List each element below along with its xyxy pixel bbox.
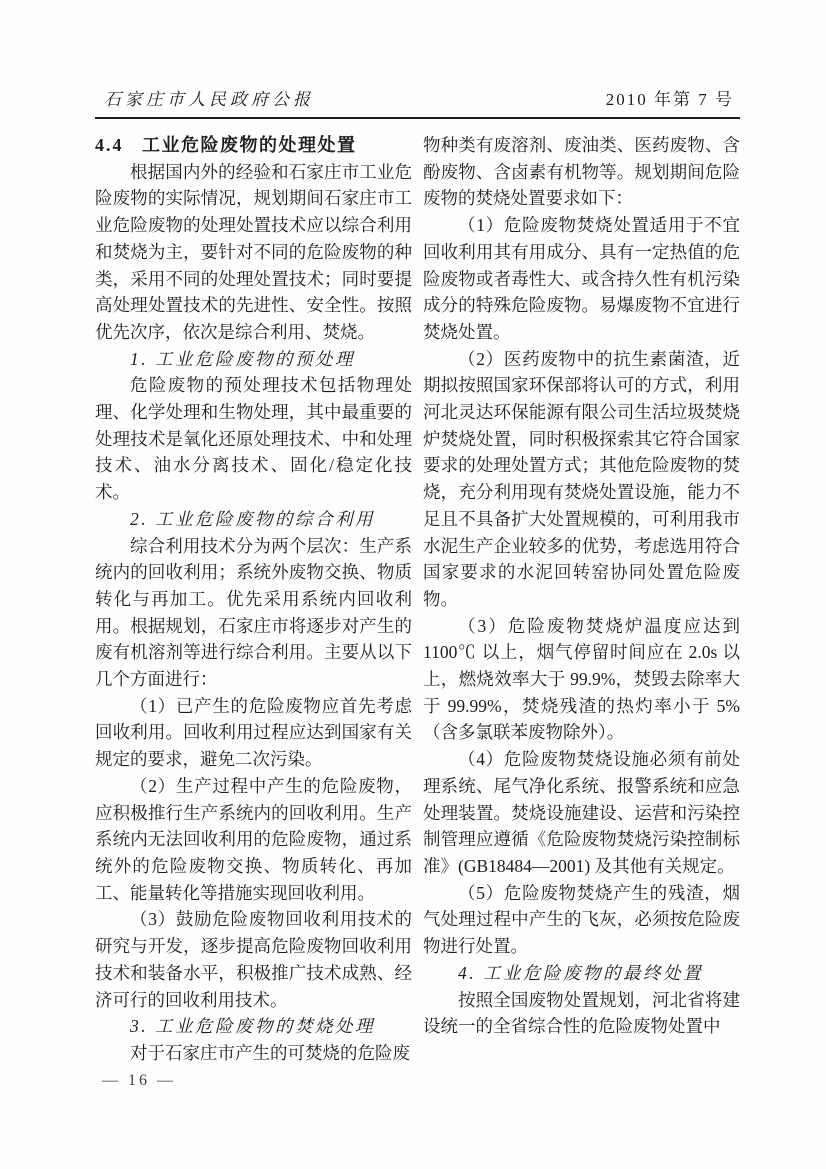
section-number: 4.4 <box>95 135 124 155</box>
left-column: 4.4 工业危险废物的处理处置 根据国内外的经验和石家庄市工业危险废物的实际情况… <box>95 132 412 1067</box>
list-item-paragraph: （2）生产过程中产生的危险废物，应积极推行生产系统内的回收利用。生产系统内无法回… <box>95 773 412 907</box>
paragraph-continuation: 物种类有废溶剂、废油类、医药废物、含酚废物、含卤素有机物等。规划期间危险废物的焚… <box>423 132 740 212</box>
list-item-paragraph: （1）危险废物焚烧处置适用于不宜回收利用其有用成分、具有一定热值的危险废物或者毒… <box>423 212 740 346</box>
page-footer: — 16 — <box>95 1072 740 1090</box>
list-item-paragraph: （4）危险废物焚烧设施必须有前处理系统、尾气净化系统、报警系统和应急处理装置。焚… <box>423 746 740 880</box>
issue-number: 2010 年第 7 号 <box>606 90 740 110</box>
gazette-scanned-page: 石家庄市人民政府公报 2010 年第 7 号 4.4 工业危险废物的处理处置 根… <box>0 0 826 1169</box>
header-rule <box>95 117 740 119</box>
paragraph: 危险废物的预处理技术包括物理处理、化学处理和生物处理，其中最重要的处理技术是氧化… <box>95 372 412 506</box>
subsection-heading-3: 3. 工业危险废物的焚烧处理 <box>95 1013 412 1040</box>
subsection-heading-2: 2. 工业危险废物的综合利用 <box>95 506 412 533</box>
list-item-paragraph: （3）危险废物焚烧炉温度应达到 1100℃ 以上，烟气停留时间应在 2.0s 以… <box>423 613 740 747</box>
paragraph: 对于石家庄市产生的可焚烧的危险废 <box>95 1040 412 1067</box>
list-item-paragraph: （2）医药废物中的抗生素菌渣，近期拟按照国家环保部将认可的方式，利用河北灵达环保… <box>423 346 740 613</box>
paragraph: 根据国内外的经验和石家庄市工业危险废物的实际情况，规划期间石家庄市工业危险废物的… <box>95 159 412 346</box>
right-column: 物种类有废溶剂、废油类、医药废物、含酚废物、含卤素有机物等。规划期间危险废物的焚… <box>423 132 740 1067</box>
subsection-heading-1: 1. 工业危险废物的预处理 <box>95 346 412 373</box>
list-item-paragraph: （5）危险废物焚烧产生的残渣，烟气处理过程中产生的飞灰，必须按危险废物进行处置。 <box>423 880 740 960</box>
subsection-heading-4: 4. 工业危险废物的最终处置 <box>423 960 740 987</box>
section-title: 工业危险废物的处理处置 <box>142 135 357 155</box>
section-heading: 4.4 工业危险废物的处理处置 <box>95 132 412 159</box>
journal-title: 石家庄市人民政府公报 <box>95 90 314 110</box>
body-columns: 4.4 工业危险废物的处理处置 根据国内外的经验和石家庄市工业危险废物的实际情况… <box>95 132 740 1067</box>
page-content-area: 石家庄市人民政府公报 2010 年第 7 号 4.4 工业危险废物的处理处置 根… <box>95 0 740 1090</box>
page-number: — 16 — <box>102 1072 176 1089</box>
page-header: 石家庄市人民政府公报 2010 年第 7 号 <box>95 0 740 110</box>
list-item-paragraph: （1）已产生的危险废物应首先考虑回收利用。回收利用过程应达到国家有关规定的要求，… <box>95 693 412 773</box>
paragraph: 综合利用技术分为两个层次：生产系统内的回收利用；系统外废物交换、物质转化与再加工… <box>95 533 412 693</box>
list-item-paragraph: （3）鼓励危险废物回收利用技术的研究与开发，逐步提高危险废物回收利用技术和装备水… <box>95 906 412 1013</box>
paragraph: 按照全国废物处置规划，河北省将建设统一的全省综合性的危险废物处置中 <box>423 987 740 1040</box>
